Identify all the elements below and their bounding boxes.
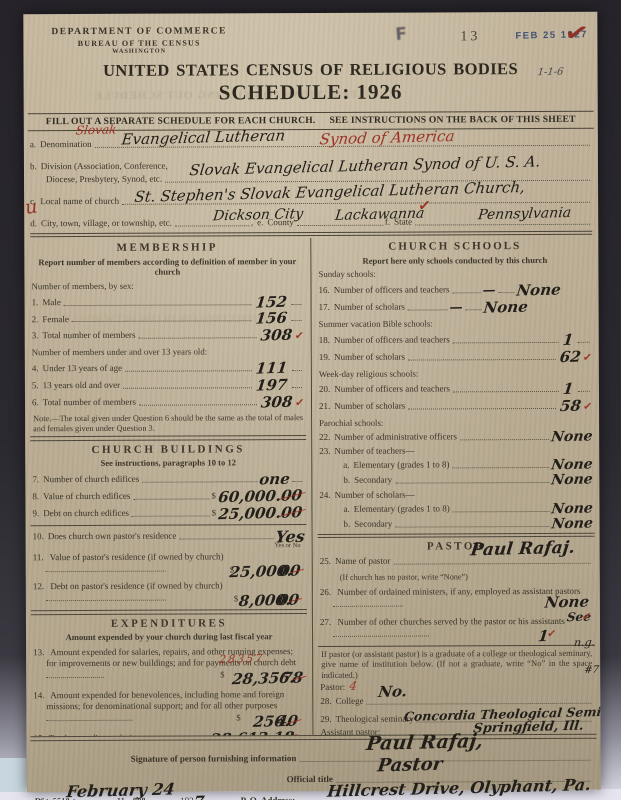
margin-note-ng: n.g. xyxy=(586,637,595,646)
dotted-line xyxy=(499,292,515,293)
question-14-value: 256.40 xyxy=(265,716,298,726)
date-value: February 24 xyxy=(66,784,175,796)
signature-label: Signature of person furnishing informati… xyxy=(131,753,297,765)
red-correction-note: 28357. xyxy=(231,654,270,664)
question-number: a. xyxy=(343,460,349,471)
question-number: 12. xyxy=(33,582,44,592)
question-4-row: 4. Under 13 years of age 111 xyxy=(32,362,304,374)
dollar-sign: $ xyxy=(212,508,216,518)
red-checkmark: ✓ xyxy=(582,403,592,412)
pastor-subheading: Pastor: 4 xyxy=(320,681,593,693)
red-checkmark: ✓ xyxy=(294,399,304,408)
denomination-row: a. Denomination Slovak Evangelical Luthe… xyxy=(30,137,592,150)
question-3-value: 308 xyxy=(261,331,293,341)
question-27-row: 27. Number of other churches served by t… xyxy=(320,615,593,639)
question-number: 21. xyxy=(319,401,330,412)
section-divider xyxy=(30,435,306,441)
question-number: b. xyxy=(344,519,351,530)
local-name-value: St. Stephen's Slovak Evangelical Luthera… xyxy=(134,183,525,202)
question-label: Debt on pastor's residence (if owned by … xyxy=(50,581,222,592)
dotted-line xyxy=(179,539,273,540)
state-value: Pennsylvania xyxy=(478,209,572,220)
signature-row: Signature of person furnishing informati… xyxy=(35,752,593,765)
dotted-line xyxy=(46,711,132,720)
dotted-line xyxy=(333,597,403,606)
question-2-row: 2. Female 156 xyxy=(32,313,304,325)
rule: #7 xyxy=(318,644,595,646)
dotted-line xyxy=(333,627,429,636)
denomination-value-red-above: Slovak xyxy=(75,125,117,135)
church-buildings-title: CHURCH BUILDINGS xyxy=(30,443,306,458)
question-label: Number of church edifices xyxy=(43,474,139,485)
dotted-line xyxy=(292,304,302,305)
question-23b-value: None xyxy=(551,475,593,485)
question-label: Amount expended for benevolences, includ… xyxy=(46,689,284,711)
dotted-line xyxy=(292,481,302,482)
dotted-line xyxy=(395,526,549,528)
group-label: Week-day religious schools: xyxy=(319,367,592,379)
question-25-value: Paul Rafaj. xyxy=(470,544,575,556)
dotted-line xyxy=(46,592,166,602)
question-12-row: 12. Debt on pastor's residence (if owned… xyxy=(33,580,305,604)
red-checkmark: ✓ xyxy=(562,18,592,51)
group-label: Number of members, by sex: xyxy=(31,280,303,292)
date-address-row: Date , 192 February 24 7 . P. O. Address… xyxy=(35,794,593,800)
question-9-value: 25,000.00 xyxy=(218,509,303,520)
dotted-line xyxy=(408,408,556,410)
question-16-value: None xyxy=(516,285,561,295)
question-5-value: 197 xyxy=(255,381,287,391)
question-label: Debt on church edifices xyxy=(43,508,129,519)
red-checkmark: ✓ xyxy=(582,353,592,362)
question-label: 13 years old and over xyxy=(43,380,121,391)
question-number: 10. xyxy=(33,532,44,543)
question-number: 29. xyxy=(320,714,331,725)
question-8-value: 60,000.00 xyxy=(218,491,303,502)
local-name-row: c. Local name of church St. Stephen's Sl… xyxy=(30,194,592,207)
signature-value: Paul Rafaj, xyxy=(366,737,484,749)
question-26-value: None xyxy=(557,597,589,607)
question-label: Value of church edifices xyxy=(43,491,130,502)
left-column: MEMBERSHIP Report number of members acco… xyxy=(24,238,313,736)
question-label: Name of pastor xyxy=(335,555,391,566)
dollar-sign: $ xyxy=(212,490,216,500)
question-label: Number of scholars xyxy=(334,401,405,412)
question-number: 28. xyxy=(320,696,331,707)
city-value: Dickson City xyxy=(213,210,304,221)
question-20-row: 20. Number of officers and teachers 1 xyxy=(319,383,592,395)
question-12-value: 8,000.00 xyxy=(251,596,299,606)
question-23b-row: b. Secondary None xyxy=(319,474,592,486)
question-label: Number of administrative officers xyxy=(334,431,457,443)
question-number: 18. xyxy=(319,335,330,346)
question-20-value: 1 xyxy=(562,385,574,394)
question-number: 13. xyxy=(33,647,44,657)
census-schedule-document: INSTRUCTIONS FOR FILLING OUT SCHEDULE IN… xyxy=(23,12,600,792)
question-9-row: 9. Debt on church edifices $ 25,000.00 xyxy=(32,507,304,520)
dotted-line xyxy=(453,292,481,293)
item-letter: b. xyxy=(30,161,37,172)
question-label: Number of officers and teachers xyxy=(334,384,450,395)
question-label: College xyxy=(336,696,364,707)
dotted-line xyxy=(123,387,251,389)
dotted-line xyxy=(453,467,550,468)
question-label: Number of officers and teachers xyxy=(334,284,450,295)
official-title-label: Official title xyxy=(287,774,333,785)
question-label: Female xyxy=(42,314,69,325)
question-29-value-line2: Springfield, Ill. xyxy=(473,722,584,734)
question-7-value: one xyxy=(258,475,290,485)
signature-section: Signature of person furnishing informati… xyxy=(26,739,600,800)
denomination-value: Evangelical Lutheran xyxy=(121,131,285,144)
expenditures-title: EXPENDITURES xyxy=(31,617,307,632)
question-number: 22. xyxy=(319,432,330,443)
question-19-value: 62 xyxy=(559,352,581,362)
pastor-label: Pastor: xyxy=(320,682,345,692)
question-24b-row: b. Secondary None xyxy=(320,518,593,530)
question-label: Number of scholars xyxy=(334,302,405,313)
question-number: 7. xyxy=(32,474,39,485)
city-label: City, town, village, or township, etc. xyxy=(41,217,172,229)
question-8-row: 8. Value of church edifices $ 60,000.00 xyxy=(32,490,304,503)
dotted-line xyxy=(453,342,559,343)
question-23a-value: None xyxy=(550,460,592,470)
dotted-line xyxy=(142,481,257,482)
margin-note-number7: #7 xyxy=(584,665,600,674)
question-label: Male xyxy=(42,297,61,308)
question-label: Number of ordained ministers, if any, em… xyxy=(337,586,580,597)
denomination-label: Denomination xyxy=(40,139,92,150)
question-16-row: 16. Number of officers and teachers — No… xyxy=(318,284,591,296)
question-number: b. xyxy=(343,475,350,486)
dotted-line xyxy=(292,370,302,371)
question-number: 24. xyxy=(319,490,330,501)
item-letter: d. xyxy=(30,218,37,229)
question-7-row: 7. Number of church edifices one xyxy=(32,473,304,485)
church-schools-subtitle: Report here only schools conducted by th… xyxy=(324,255,585,267)
question-6-value: 308 xyxy=(261,398,293,408)
question-label: Elementary (grades 1 to 8) xyxy=(354,459,450,470)
dotted-line xyxy=(408,309,448,310)
question-label: Number of scholars xyxy=(334,351,405,362)
question-10-row: 10. Does church own pastor's residence Y… xyxy=(33,530,305,542)
dash-mark: — xyxy=(482,286,496,295)
question-number: 26. xyxy=(320,587,331,597)
question-number: 25. xyxy=(320,556,331,567)
question-13-value: 28,356.78 xyxy=(245,673,304,683)
question-14-row: 14. Amount expended for benevolences, in… xyxy=(33,689,305,724)
question-23a-row: a. Elementary (grades 1 to 8) None xyxy=(319,459,592,471)
question-22-value: None xyxy=(550,432,592,442)
division-row: b. Division (Association, Conference, Sl… xyxy=(30,159,592,172)
question-number: 1. xyxy=(32,297,39,308)
question-6-row: 6. Total number of members 308 ✓ xyxy=(32,396,304,408)
question-17-value: None xyxy=(483,303,528,313)
question-label: Theological seminary xyxy=(336,714,414,725)
question-number: 16. xyxy=(318,285,329,296)
county-value: Lackawanna xyxy=(335,209,425,220)
question-label: Elementary (grades 1 to 8) xyxy=(354,503,450,514)
question-number: 14. xyxy=(33,690,44,700)
group-label: Parochial schools: xyxy=(319,417,592,429)
dotted-line xyxy=(460,439,549,440)
dotted-line xyxy=(578,341,590,342)
code-annotation: 1-1-6 xyxy=(537,68,564,78)
question-17-row: 17. Number of scholars — None xyxy=(319,301,592,313)
agency-city: WASHINGTON xyxy=(51,48,227,56)
question-number: 2. xyxy=(32,314,39,325)
file-number: 13 xyxy=(460,28,480,45)
question-label: Secondary xyxy=(354,475,392,486)
dotted-line xyxy=(415,224,590,226)
dotted-line xyxy=(139,338,258,340)
graduate-instructions: If pastor (or assistant pastor) is a gra… xyxy=(321,647,592,680)
right-column: CHURCH SCHOOLS Report here only schools … xyxy=(311,237,600,735)
question-number: 4. xyxy=(32,363,39,374)
question-21-row: 21. Number of scholars 58 ✓ xyxy=(319,400,592,412)
question-28-value: No. xyxy=(378,687,408,697)
rule xyxy=(31,524,307,526)
section-divider xyxy=(31,609,307,615)
address-value: Hillcrest Drive, Olyphant, Pa. xyxy=(327,780,592,796)
dotted-line xyxy=(299,760,590,762)
red-tally-mark: 4 xyxy=(349,682,358,691)
membership-subtitle: Report number of members according to de… xyxy=(37,256,297,278)
dotted-line xyxy=(133,499,209,500)
bureau-name: BUREAU OF THE CENSUS xyxy=(51,38,227,49)
expenditures-subtitle: Amount expended by your church during la… xyxy=(39,631,299,643)
dotted-line xyxy=(292,321,302,322)
question-18-value: 1 xyxy=(562,335,574,344)
dotted-line xyxy=(297,225,383,226)
question-label: Secondary xyxy=(354,518,392,529)
dotted-line xyxy=(125,370,251,372)
dotted-line xyxy=(453,511,550,512)
question-number: 27. xyxy=(320,617,331,627)
city-county-state-row: d. City, town, village, or township, etc… xyxy=(30,216,592,229)
question-number: 5. xyxy=(32,380,39,391)
question-label: Value of pastor's residence (if owned by… xyxy=(50,552,224,563)
question-24a-row: a. Elementary (grades 1 to 8) None xyxy=(319,503,592,515)
address-label: P. O. Address: xyxy=(241,795,296,800)
question-1-value: 152 xyxy=(255,297,287,307)
division-label: Division (Association, Conference, xyxy=(41,161,168,173)
dotted-line xyxy=(453,391,559,392)
dotted-line xyxy=(139,404,258,406)
question-18-row: 18. Number of officers and teachers 1 xyxy=(319,333,592,345)
question-number: 3. xyxy=(32,331,39,342)
schedule-title: SCHEDULE: 1926 xyxy=(24,79,598,107)
question-label: Number of other churches served by the p… xyxy=(337,616,564,627)
pencil-mark: F xyxy=(395,24,408,46)
photo-background-corner xyxy=(0,758,26,792)
dotted-line xyxy=(393,563,590,565)
question-label: Under 13 years of age xyxy=(43,363,123,374)
question-25-hint: (If church has no pastor, write “None”) xyxy=(340,572,593,583)
question-label: Total expenditures during year xyxy=(49,732,159,736)
red-checkmark: ✓ xyxy=(294,332,304,341)
dotted-line xyxy=(72,321,251,323)
form-title: UNITED STATES CENSUS OF RELIGIOUS BODIES xyxy=(24,59,598,82)
group-label: Number of members under and over 13 year… xyxy=(32,346,304,358)
banner-text-2: SEE INSTRUCTIONS ON THE BACK OF THIS SHE… xyxy=(329,114,575,126)
dotted-line xyxy=(578,391,590,392)
red-checkmark: ✓ xyxy=(595,613,596,621)
question-24-row: 24. Number of scholars— xyxy=(319,489,592,501)
dotted-line xyxy=(466,309,482,310)
division-label-2: Diocese, Presbytery, Synod, etc. xyxy=(30,174,162,186)
local-name-label: Local name of church xyxy=(40,196,119,207)
question-23-row: 23. Number of teachers— xyxy=(319,445,592,457)
dotted-line xyxy=(292,387,302,388)
church-buildings-subtitle: See instructions, paragraphs 10 to 12 xyxy=(38,457,298,469)
question-label: Total number of members xyxy=(42,330,135,341)
question-number: 17. xyxy=(319,302,330,313)
question-4-value: 111 xyxy=(255,364,287,374)
question-number: 11. xyxy=(33,553,44,563)
dotted-line xyxy=(395,482,549,484)
question-26-row: 26. Number of ordained ministers, if any… xyxy=(320,586,593,610)
dotted-line xyxy=(408,359,556,361)
official-title-value: Pastor xyxy=(377,760,443,771)
question-label: Total number of members xyxy=(43,397,136,408)
agency-block: DEPARTMENT OF COMMERCE BUREAU OF THE CEN… xyxy=(51,26,227,56)
membership-note: Note.—The total given under Question 6 s… xyxy=(33,413,303,434)
question-5-row: 5. 13 years old and over 197 xyxy=(32,379,304,391)
question-number: a. xyxy=(343,504,349,515)
question-number: 15. xyxy=(33,733,44,737)
red-checkmark: ✓ xyxy=(560,631,561,639)
group-label: Summer vacation Bible schools: xyxy=(319,318,592,330)
question-24b-value: None xyxy=(551,519,593,529)
question-number: 19. xyxy=(319,352,330,363)
question-25-row: 25. Name of pastor Paul Rafaj. xyxy=(320,555,593,567)
dotted-line xyxy=(46,563,166,573)
dotted-line xyxy=(175,225,249,226)
question-number: 20. xyxy=(319,384,330,395)
department-name: DEPARTMENT OF COMMERCE xyxy=(51,26,227,38)
question-number: 9. xyxy=(32,509,39,520)
question-number: 8. xyxy=(32,491,39,502)
question-number: 6. xyxy=(32,397,39,408)
question-number: 23. xyxy=(319,446,330,457)
form-columns: MEMBERSHIP Report number of members acco… xyxy=(24,237,600,736)
question-label: Does church own pastor's residence xyxy=(48,531,177,543)
question-3-row: 3. Total number of members 308 ✓ xyxy=(32,330,304,342)
membership-title: MEMBERSHIP xyxy=(29,241,305,256)
dotted-line xyxy=(46,669,104,678)
yes-or-no-hint: Yes or No xyxy=(275,542,301,550)
church-identification-section: a. Denomination Slovak Evangelical Luthe… xyxy=(24,130,598,238)
question-21-value: 58 xyxy=(559,402,581,412)
question-1-row: 1. Male 152 xyxy=(32,296,304,308)
question-22-row: 22. Number of administrative officers No… xyxy=(319,431,592,443)
question-label: Number of scholars— xyxy=(335,489,415,500)
question-11-row: 11. Value of pastor's residence (if owne… xyxy=(33,551,305,575)
group-label: Sunday schools: xyxy=(318,268,591,280)
question-19-row: 19. Number of scholars 62 ✓ xyxy=(319,350,592,362)
question-10-value: Yes xyxy=(275,532,305,542)
question-label: Number of officers and teachers xyxy=(334,334,450,345)
question-11-value: 25,000.00 xyxy=(243,567,302,577)
church-schools-title: CHURCH SCHOOLS xyxy=(316,240,593,255)
question-2-value: 156 xyxy=(255,314,287,324)
dotted-line xyxy=(64,304,251,306)
question-24a-value: None xyxy=(551,504,593,514)
question-label: Number of teachers— xyxy=(334,446,414,457)
item-letter: a. xyxy=(30,139,36,150)
dash-mark: — xyxy=(449,303,463,312)
denomination-value-red: Synod of America xyxy=(319,132,455,144)
question-13-row: 13. Amount expended for salaries, repair… xyxy=(33,646,305,681)
dotted-line xyxy=(132,516,210,517)
form-header: DEPARTMENT OF COMMERCE BUREAU OF THE CEN… xyxy=(23,12,598,133)
